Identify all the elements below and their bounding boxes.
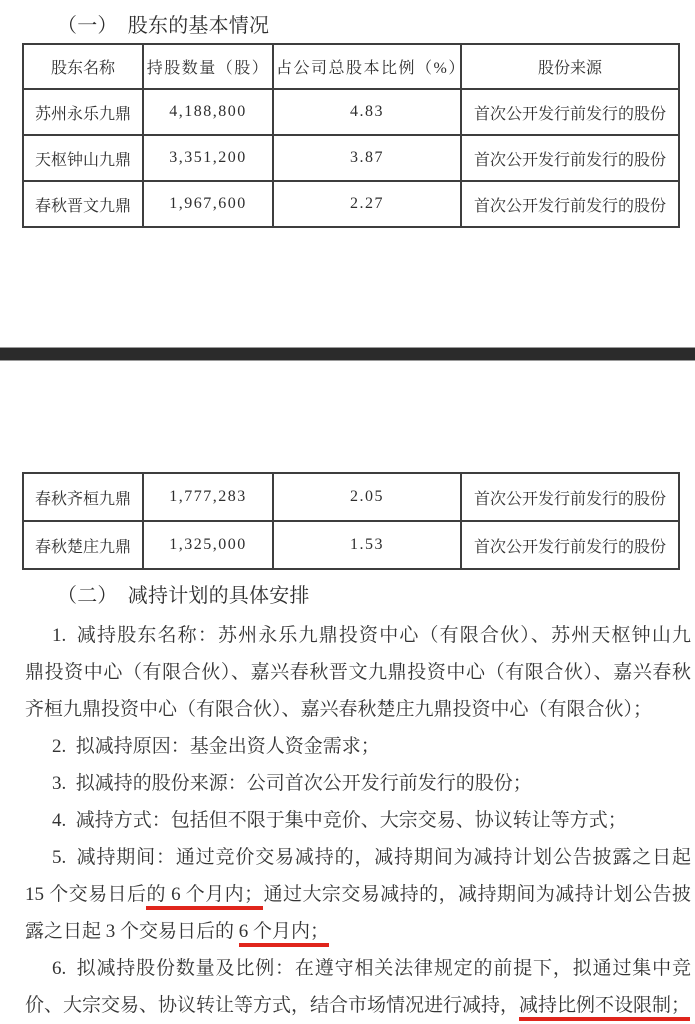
- table-cell: 首次公开发行前发行的股份: [461, 181, 679, 227]
- table-cell: 3.87: [273, 135, 461, 181]
- table-header-cell: 持股数量（股）: [143, 44, 273, 89]
- table-row: 春秋楚庄九鼎1,325,0001.53首次公开发行前发行的股份: [23, 521, 679, 569]
- text-line: 4. 减持方式：包括但不限于集中竞价、大宗交易、协议转让等方式；: [25, 802, 691, 839]
- text-line: 鼎投资中心（有限合伙）、嘉兴春秋晋文九鼎投资中心（有限合伙）、嘉兴春秋: [25, 654, 691, 691]
- red-underlined-text: 减持比例不设限制；: [519, 995, 690, 1021]
- page-divider-bar: [0, 347, 695, 361]
- text-line: 3. 拟减持的股份来源：公司首次公开发行前发行的股份；: [25, 765, 691, 802]
- table-cell: 4.83: [273, 89, 461, 135]
- body-text: 1. 减持股东名称：苏州永乐九鼎投资中心（有限合伙）、苏州天枢钟山九鼎投资中心（…: [25, 617, 691, 1024]
- text-line: 6. 拟减持股份数量及比例：在遵守相关法律规定的前提下，拟通过集中竞: [25, 950, 691, 987]
- table-cell: 首次公开发行前发行的股份: [461, 473, 679, 521]
- section-heading-shareholder-basics: （一） 股东的基本情况: [57, 14, 269, 38]
- text-segment: 露之日起 3 个交易日后的: [25, 921, 239, 942]
- table-header: 股东名称持股数量（股）占公司总股本比例（%）股份来源: [23, 44, 679, 89]
- table-cell: 1.53: [273, 521, 461, 569]
- text-segment: 15 个交易日后: [25, 884, 146, 905]
- text-segment: 通过大宗交易减持的，减持期间为减持计划公告披: [263, 884, 691, 905]
- table-cell: 首次公开发行前发行的股份: [461, 89, 679, 135]
- text-line: 露之日起 3 个交易日后的 6 个月内；: [25, 913, 691, 950]
- table-row: 春秋齐桓九鼎1,777,2832.05首次公开发行前发行的股份: [23, 473, 679, 521]
- table-cell: 春秋齐桓九鼎: [23, 473, 143, 521]
- section-heading-reduction-plan: （二） 减持计划的具体安排: [57, 584, 310, 608]
- table-cell: 4,188,800: [143, 89, 273, 135]
- table-cell: 2.05: [273, 473, 461, 521]
- text-line: 2. 拟减持原因：基金出资人资金需求；: [25, 728, 691, 765]
- table-header-row: 股东名称持股数量（股）占公司总股本比例（%）股份来源: [23, 44, 679, 89]
- text-segment: 5. 减持期间：通过竞价交易减持的，减持期间为减持计划公告披露之日起: [52, 847, 691, 868]
- text-segment: 2. 拟减持原因：基金出资人资金需求；: [52, 736, 380, 757]
- text-segment: 3. 拟减持的股份来源：公司首次公开发行前发行的股份；: [52, 773, 532, 794]
- text-line: 价、大宗交易、协议转让等方式，结合市场情况进行减持，减持比例不设限制；: [25, 987, 691, 1024]
- table-row: 春秋晋文九鼎1,967,6002.27首次公开发行前发行的股份: [23, 181, 679, 227]
- shareholders-table-top: 股东名称持股数量（股）占公司总股本比例（%）股份来源 苏州永乐九鼎4,188,8…: [22, 43, 680, 228]
- shareholders-table-bottom: 春秋齐桓九鼎1,777,2832.05首次公开发行前发行的股份春秋楚庄九鼎1,3…: [22, 472, 680, 570]
- table-cell: 2.27: [273, 181, 461, 227]
- table-row: 天枢钟山九鼎3,351,2003.87首次公开发行前发行的股份: [23, 135, 679, 181]
- table-header-cell: 占公司总股本比例（%）: [273, 44, 461, 89]
- red-underlined-text: 6 个月内；: [239, 921, 329, 947]
- text-segment: 4. 减持方式：包括但不限于集中竞价、大宗交易、协议转让等方式；: [52, 810, 627, 831]
- table-body: 春秋齐桓九鼎1,777,2832.05首次公开发行前发行的股份春秋楚庄九鼎1,3…: [23, 473, 679, 569]
- table-cell: 首次公开发行前发行的股份: [461, 521, 679, 569]
- document-page: { "page": { "background": "#ffffff", "te…: [0, 0, 695, 1024]
- table-cell: 春秋晋文九鼎: [23, 181, 143, 227]
- table-body: 苏州永乐九鼎4,188,8004.83首次公开发行前发行的股份天枢钟山九鼎3,3…: [23, 89, 679, 227]
- text-segment: 1. 减持股东名称：苏州永乐九鼎投资中心（有限合伙）、苏州天枢钟山九: [52, 625, 691, 646]
- text-segment: 齐桓九鼎投资中心（有限合伙）、嘉兴春秋楚庄九鼎投资中心（有限合伙）；: [25, 699, 652, 720]
- red-underlined-text: 的 6 个月内；: [146, 884, 263, 910]
- text-line: 5. 减持期间：通过竞价交易减持的，减持期间为减持计划公告披露之日起: [25, 839, 691, 876]
- table-cell: 苏州永乐九鼎: [23, 89, 143, 135]
- table-cell: 天枢钟山九鼎: [23, 135, 143, 181]
- table-cell: 3,351,200: [143, 135, 273, 181]
- table-cell: 1,325,000: [143, 521, 273, 569]
- table-cell: 首次公开发行前发行的股份: [461, 135, 679, 181]
- table-header-cell: 股份来源: [461, 44, 679, 89]
- text-segment: 鼎投资中心（有限合伙）、嘉兴春秋晋文九鼎投资中心（有限合伙）、嘉兴春秋: [25, 662, 691, 683]
- text-segment: 6. 拟减持股份数量及比例：在遵守相关法律规定的前提下，拟通过集中竞: [52, 958, 691, 979]
- table-cell: 1,777,283: [143, 473, 273, 521]
- text-line: 15 个交易日后的 6 个月内；通过大宗交易减持的，减持期间为减持计划公告披: [25, 876, 691, 913]
- table-row: 苏州永乐九鼎4,188,8004.83首次公开发行前发行的股份: [23, 89, 679, 135]
- text-segment: 价、大宗交易、协议转让等方式，结合市场情况进行减持，: [25, 995, 519, 1016]
- text-line: 1. 减持股东名称：苏州永乐九鼎投资中心（有限合伙）、苏州天枢钟山九: [25, 617, 691, 654]
- table-header-cell: 股东名称: [23, 44, 143, 89]
- table-cell: 春秋楚庄九鼎: [23, 521, 143, 569]
- table-cell: 1,967,600: [143, 181, 273, 227]
- text-line: 齐桓九鼎投资中心（有限合伙）、嘉兴春秋楚庄九鼎投资中心（有限合伙）；: [25, 691, 691, 728]
